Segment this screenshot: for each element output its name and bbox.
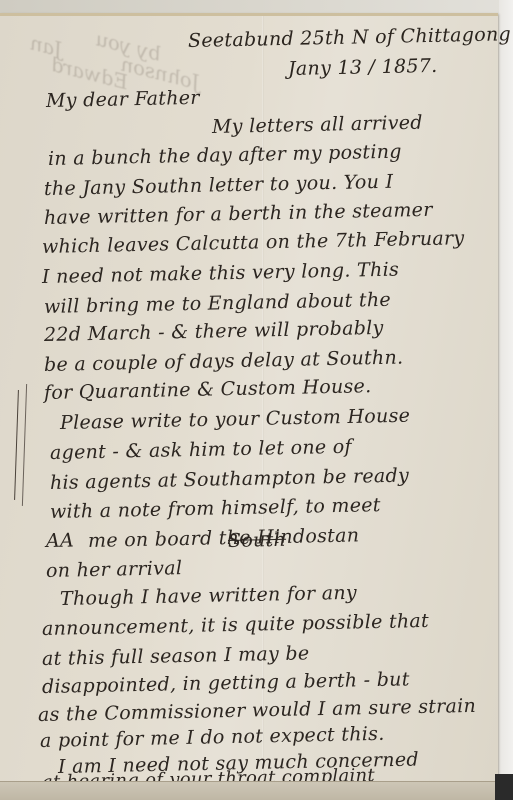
letter-line: announcement, it is quite possible that [42, 610, 429, 640]
letter-line: on her arrival [46, 557, 183, 582]
salutation: My dear Father [46, 87, 200, 112]
letter-line: his agents at Southampton be ready [50, 464, 410, 494]
scan-corner [495, 774, 513, 800]
letter-date: Jany 13 / 1857. [288, 55, 438, 80]
letter-line: for Quarantine & Custom House. [44, 375, 372, 404]
letter-page: Jan by you Edward Johnson Seetabund 25th… [0, 13, 498, 788]
letter-line: Though I have written for any [60, 582, 357, 610]
scanner-edge [499, 0, 513, 800]
letter-line: which leaves Calcutta on the 7th Februar… [42, 227, 465, 258]
letter-place: Seetabund 25th N of Chittagong [188, 23, 511, 52]
letter-line: in a bunch the day after my posting [48, 141, 402, 170]
margin-mark: AA [46, 529, 75, 552]
letter-line: Please write to your Custom House [60, 405, 411, 434]
letter-line: be a couple of days delay at Southn. [44, 346, 404, 376]
letter-line: My letters all arrived [212, 112, 423, 138]
letter-line: I need not make this very long. This [42, 259, 399, 288]
letter-line: with a note from himself, to meet [50, 494, 381, 523]
letter-line: agent - & ask him to let one of [50, 436, 352, 464]
letter-line: at this full season I may be [42, 642, 310, 670]
letter-line: will bring me to England about the [44, 289, 391, 318]
letter-line: as the Commissioner would I am sure stra… [38, 695, 477, 726]
letter-line: have written for a berth in the steamer [44, 199, 433, 229]
letter-line: me on board the Hindostan [88, 524, 360, 552]
page-underneath-edge [0, 781, 513, 800]
letter-line: 22d March - & there will probably [44, 317, 384, 346]
letter-line: disappointed, in getting a berth - but [42, 668, 410, 698]
letter-line: a point for me I do not expect this. [40, 723, 385, 752]
letter-line: the Jany Southn letter to you. You I [44, 171, 394, 200]
